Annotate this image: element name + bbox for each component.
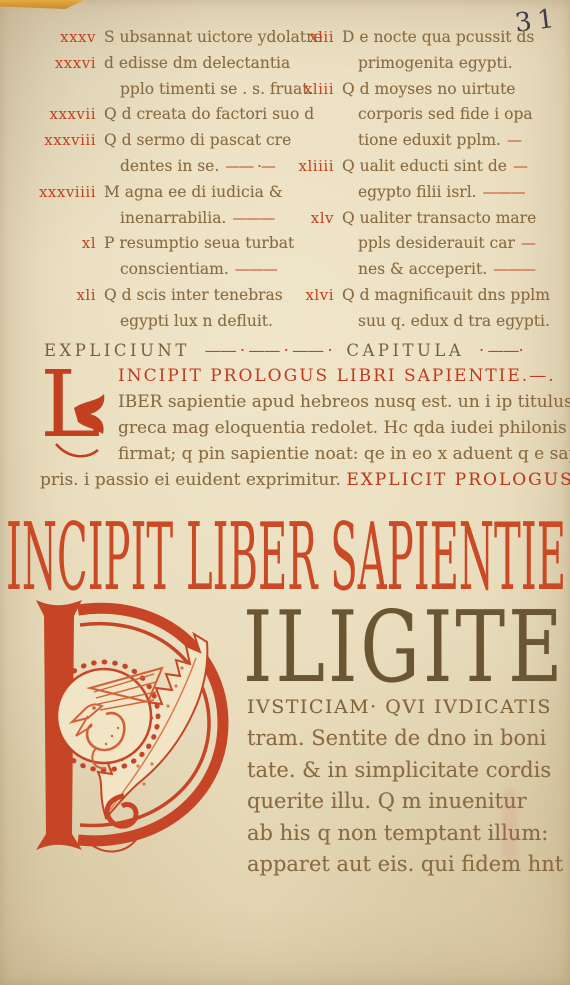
verse-line: tram. Sentite de dno in boni [247, 723, 559, 754]
diligite-display-letters: ILIGITE [243, 599, 566, 697]
capitulum-entry: xliiiiQ ualit educti sint de— [288, 157, 554, 183]
ruled-filler: —— · —— · —— · [199, 341, 338, 360]
capitulum-text: Q ualit educti sint de [342, 157, 507, 175]
ruled-filler: ——— [477, 183, 525, 201]
ruled-filler: — [501, 131, 521, 149]
capitulum-entry: xxxviiiQ d sermo di pascat cre [38, 131, 288, 157]
capitulum-text: Q d scis inter tenebras [104, 286, 283, 304]
capitulum-entry: xliiD e nocte qua pcussit ds [288, 28, 554, 54]
capitulum-entry: egypto filii isrl.——— [288, 183, 554, 209]
capitulum-text: Q ualiter transacto mare [342, 209, 536, 227]
chapter-numeral: xliii [288, 80, 342, 98]
prologue-block: L INCIPIT PROLOGUS LIBRI SAPIENTIE.—. IB… [40, 364, 556, 493]
manuscript-page: 31 xxxvS ubsannat uictore ydolatrexxxvid… [0, 0, 570, 985]
capitula-column-right: xliiD e nocte qua pcussit dsprimogenita … [288, 28, 554, 338]
capitulum-text: suu q. edux d tra egypti. [342, 312, 550, 330]
capitulum-entry: corporis sed fide i opa [288, 105, 554, 131]
chapter-numeral: xlii [288, 28, 342, 46]
chapter-numeral: xxxviii [38, 131, 104, 149]
verse-line-rustic: IVSTICIAM· QVI IVDICATIS [247, 692, 559, 723]
capitulum-text: egypti lux n defluit. [104, 312, 273, 330]
ruled-filler: ——— [226, 209, 274, 227]
chapter-numeral: xxxvi [38, 54, 104, 72]
capitulum-text: tione eduxit pplm. [342, 131, 501, 149]
capitulum-entry: xxxviiiiM agna ee di iudicia & [38, 183, 288, 209]
capitula-column-left: xxxvS ubsannat uictore ydolatrexxxvid ed… [38, 28, 288, 338]
capitulum-entry: dentes in se.—— ·— [38, 157, 288, 183]
chapter-numeral: xlv [288, 209, 342, 227]
capitulum-entry: xlP resumptio seua turbat [38, 234, 288, 260]
ruled-filler: ——— [229, 260, 277, 278]
initial-L-glyph: L [40, 364, 114, 442]
initial-L-rubricated: L [40, 364, 114, 442]
page-edge-sliver [0, 0, 84, 9]
chapter-numeral: xxxviiii [38, 183, 104, 201]
prologue-rubric: INCIPIT PROLOGUS LIBRI SAPIENTIE.—. [40, 364, 556, 389]
capitulum-text: d edisse dm delectantia [104, 54, 290, 72]
capitulum-text: dentes in se. [104, 157, 219, 175]
capitulum-entry: xxxviiQ d creata do factori suo d [38, 105, 288, 131]
capitulum-entry: inenarrabilia.——— [38, 209, 288, 235]
capitulum-entry: xlviQ d magnificauit dns pplm [288, 286, 554, 312]
ruled-filler: · ——· [473, 341, 529, 360]
capitulum-text: P resumptio seua turbat [104, 234, 294, 252]
capitulum-entry: xliQ d scis inter tenebras [38, 286, 288, 312]
capitulum-entry: xxxvid edisse dm delectantia [38, 54, 288, 80]
capitulum-text: inenarrabilia. [104, 209, 226, 227]
capitulum-entry: primogenita egypti. [288, 54, 554, 80]
capitula-list: xxxvS ubsannat uictore ydolatrexxxvid ed… [38, 28, 554, 338]
capitula-explicit-line: EXPLICIUNT —— · —— · —— · CAPITULA · ——· [44, 341, 552, 360]
explicit-prologus: EXPLICIT PROLOGUS. [346, 470, 570, 490]
capitulum-entry: tione eduxit pplm.— [288, 131, 554, 157]
ruled-filler: ——— [487, 260, 535, 278]
chapter-numeral: xlvi [288, 286, 342, 304]
ruled-filler: — [515, 234, 535, 252]
ruled-filler: — [507, 157, 527, 175]
chapter-numeral: xxxv [38, 28, 104, 46]
capitulum-text: corporis sed fide i opa [342, 105, 533, 123]
capitulum-entry: pplo timenti se . s. fruat. [38, 80, 288, 106]
capitula-word: CAPITULA [346, 341, 464, 360]
ink-stain [502, 788, 517, 860]
prologue-line: IBER sapientie apud hebreos nusq est. un… [40, 389, 556, 415]
prologue-line: firmat; q pin sapientie noat: qe in eo x… [40, 441, 556, 467]
chapter-numeral: xl [38, 234, 104, 252]
verse-line: tate. & in simplicitate cordis [247, 755, 559, 786]
capitulum-text: nes & acceperit. [342, 260, 487, 278]
ruled-filler: —— ·— [219, 157, 275, 175]
capitulum-entry: xxxvS ubsannat uictore ydolatre [38, 28, 288, 54]
capitulum-text: M agna ee di iudicia & [104, 183, 283, 201]
prologue-line-end: pris. i passio ei euident exprimitur. [40, 470, 341, 490]
capitulum-entry: suu q. edux d tra egypti. [288, 312, 554, 338]
capitulum-entry: conscientiam.——— [38, 260, 288, 286]
capitulum-text: Q d magnificauit dns pplm [342, 286, 550, 304]
capitulum-entry: nes & acceperit.——— [288, 260, 554, 286]
initial-D-illumination [26, 594, 232, 856]
capitulum-entry: ppls desiderauit car— [288, 234, 554, 260]
prologue-line: greca mag eloquentia redolet. Hc qda iud… [40, 415, 556, 441]
chapter-numeral: xxxvii [38, 105, 104, 123]
capitulum-entry: xlvQ ualiter transacto mare [288, 209, 554, 235]
capitulum-text: egypto filii isrl. [342, 183, 477, 201]
capitulum-text: primogenita egypti. [342, 54, 513, 72]
chapter-numeral: xli [38, 286, 104, 304]
capitulum-text: D e nocte qua pcussit ds [342, 28, 534, 46]
capitulum-text: ppls desiderauit car [342, 234, 515, 252]
capitulum-text: conscientiam. [104, 260, 229, 278]
capitulum-text: Q d moyses no uirtute [342, 80, 515, 98]
capitulum-text: Q d sermo di pascat cre [104, 131, 291, 149]
prologue-line: pris. i passio ei euident exprimitur. EX… [40, 467, 556, 493]
capitulum-text: Q d creata do factori suo d [104, 105, 314, 123]
chapter-numeral: xliiii [288, 157, 342, 175]
capitulum-entry: xliiiQ d moyses no uirtute [288, 80, 554, 106]
capitulum-text: pplo timenti se . s. fruat. [104, 80, 313, 98]
capitulum-entry: egypti lux n defluit. [38, 312, 288, 338]
